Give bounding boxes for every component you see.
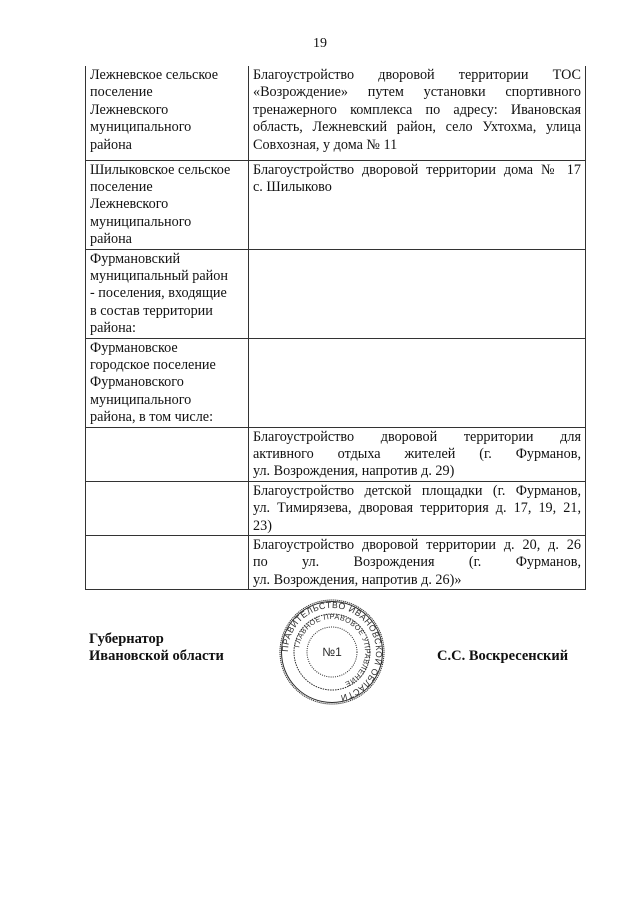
table-row: Благоустройство детской площадки (г. Фур… [86, 481, 586, 535]
table-row: Благоустройство дворовой территории дляа… [86, 427, 586, 481]
object-text-line: ул. Возрождения, напротив д. 26)» [253, 572, 581, 589]
table-row: Шилыковское сельскоепоселениеЛежневского… [86, 160, 586, 249]
municipality-text-line: поселение [90, 179, 244, 196]
object-cell [249, 249, 586, 338]
municipality-text-line: района, в том числе: [90, 409, 244, 426]
municipality-cell: Фурмановскоегородское поселениеФурмановс… [86, 338, 249, 427]
object-text-line: активного отдыха жителей (г. Фурманов, [253, 446, 581, 463]
object-cell: Благоустройство дворовой территории дома… [249, 160, 586, 249]
municipality-text-line: района [90, 137, 244, 154]
municipality-text-line: Фурмановский [90, 251, 244, 268]
object-text-line: Благоустройство дворовой территории дома… [253, 162, 581, 179]
table-row: Лежневское сельскоепоселениеЛежневскогом… [86, 66, 586, 160]
object-text-line: Благоустройство детской площадки (г. Фур… [253, 483, 581, 500]
table-body: Лежневское сельскоепоселениеЛежневскогом… [86, 66, 586, 590]
object-text-line: Совхозная, у дома № 11 [253, 137, 581, 154]
municipality-text-line: муниципального [90, 214, 244, 231]
object-cell [249, 338, 586, 427]
municipality-text-line: района: [90, 320, 244, 337]
object-cell: Благоустройство дворовой территории дляа… [249, 427, 586, 481]
municipality-cell: Лежневское сельскоепоселениеЛежневскогом… [86, 66, 249, 160]
object-cell: Благоустройство детской площадки (г. Фур… [249, 481, 586, 535]
municipality-text-line: Шилыковское сельское [90, 162, 244, 179]
table-row: Фурмановскоегородское поселениеФурмановс… [86, 338, 586, 427]
table-row: Фурмановскиймуниципальный район- поселен… [86, 249, 586, 338]
svg-text:№1: №1 [322, 645, 342, 659]
object-text-line: с. Шилыково [253, 179, 581, 196]
municipality-text-line: Лежневское сельское [90, 67, 244, 84]
table-row: Благоустройство дворовой территории д. 2… [86, 536, 586, 590]
municipality-text-line: Лежневского [90, 102, 244, 119]
object-cell: Благоустройство дворовой территории ТОС«… [249, 66, 586, 160]
municipality-cell [86, 536, 249, 590]
municipality-text-line: Фурмановского [90, 374, 244, 391]
object-text-line: область, Лежневский район, село Ухтохма,… [253, 119, 581, 136]
municipality-text-line: поселение [90, 84, 244, 101]
object-text-line: 23) [253, 518, 581, 535]
municipality-text-line: Лежневского [90, 196, 244, 213]
object-text-line: ул. Тимирязева, дворовая территория д. 1… [253, 500, 581, 517]
seal-icon: ПРАВИТЕЛЬСТВО ИВАНОВСКОЙ ОБЛАСТИ ГЛАВНОЕ… [277, 597, 387, 707]
municipality-cell: Фурмановскиймуниципальный район- поселен… [86, 249, 249, 338]
object-text-line: Благоустройство дворовой территории д. 2… [253, 537, 581, 554]
page-number: 19 [0, 36, 640, 52]
municipality-text-line: в состав территории [90, 303, 244, 320]
signatory-position-line2: Ивановской области [89, 648, 224, 665]
municipality-cell [86, 427, 249, 481]
object-text-line: Благоустройство дворовой территории ТОС [253, 67, 581, 84]
municipality-text-line: района [90, 231, 244, 248]
object-text-line: тренажерного комплекса по адресу: Иванов… [253, 102, 581, 119]
object-text-line: Благоустройство дворовой территории для [253, 429, 581, 446]
municipality-cell [86, 481, 249, 535]
signatory-position-line1: Губернатор [89, 631, 224, 648]
signatory-position: Губернатор Ивановской области [89, 631, 224, 665]
municipality-text-line: Фурмановское [90, 340, 244, 357]
improvement-objects-table: Лежневское сельскоепоселениеЛежневскогом… [85, 66, 586, 590]
signatory-name: С.С. Воскресенский [437, 648, 568, 665]
municipality-text-line: городское поселение [90, 357, 244, 374]
object-text-line: по ул. Возрождения (г. Фурманов, [253, 554, 581, 571]
municipality-text-line: муниципального [90, 392, 244, 409]
object-text-line: ул. Возрождения, напротив д. 29) [253, 463, 581, 480]
municipality-text-line: муниципальный район [90, 268, 244, 285]
object-cell: Благоустройство дворовой территории д. 2… [249, 536, 586, 590]
municipality-text-line: муниципального [90, 119, 244, 136]
municipality-cell: Шилыковское сельскоепоселениеЛежневского… [86, 160, 249, 249]
official-seal: ПРАВИТЕЛЬСТВО ИВАНОВСКОЙ ОБЛАСТИ ГЛАВНОЕ… [277, 597, 387, 707]
object-text-line: «Возрождение» путем установки спортивног… [253, 84, 581, 101]
municipality-text-line: - поселения, входящие [90, 285, 244, 302]
